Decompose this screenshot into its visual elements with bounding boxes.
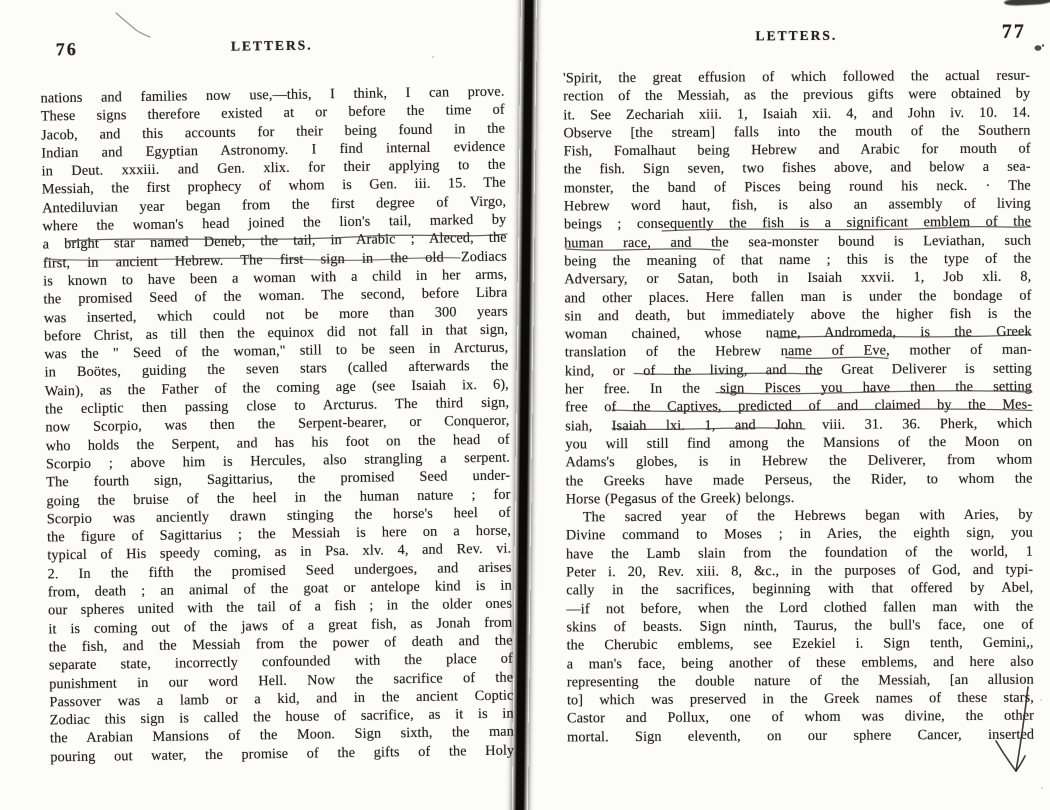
page-number-right: 77 [1002,21,1026,44]
scan-edge-artifact-top-right [1004,0,1050,6]
book-scan-spread: 76 LETTERS. nations and families now use… [0,0,1050,810]
running-title-left: LETTERS. [231,37,313,54]
page-left-body-text: nations and families now use,—this, I th… [40,83,514,767]
ink-blot [1035,44,1045,51]
running-title-right: LETTERS. [755,28,837,44]
page-right: LETTERS. 77 'Spirit, the great effusion … [563,25,1034,747]
pencil-squiggle-mark [116,13,150,37]
page-number-left: 76 [56,39,78,60]
page-left-header: 76 LETTERS. [40,33,505,90]
page-right-header: LETTERS. 77 [563,25,1030,70]
page-left: 76 LETTERS. nations and families now use… [40,33,515,767]
binding-gutter-shadow [512,0,537,810]
page-right-paragraph-1: 'Spirit, the great effusion of which fol… [563,67,1033,491]
page-right-paragraph-2: The sacred year of the Hebrews began wit… [566,506,1034,747]
